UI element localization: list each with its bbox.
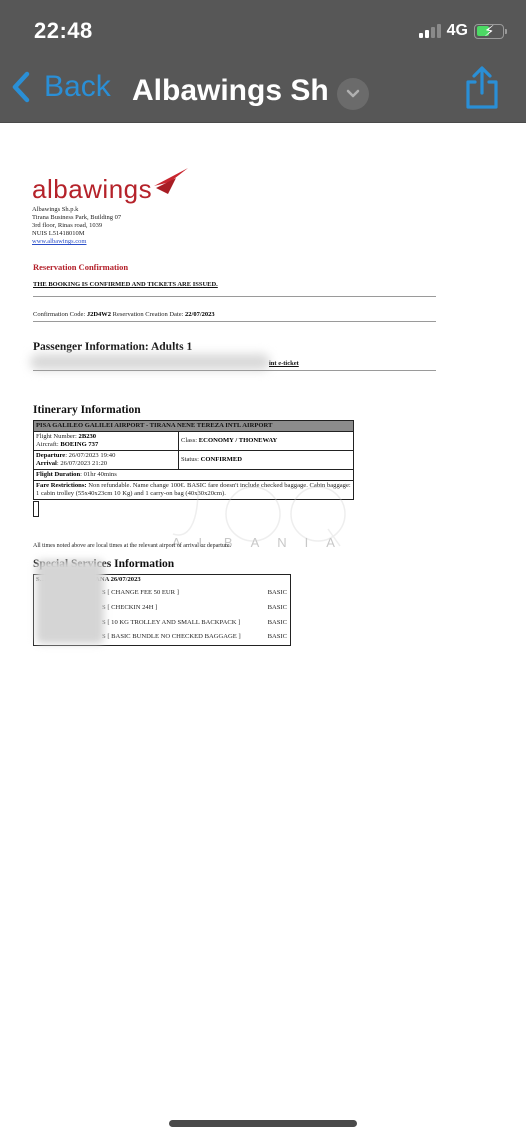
back-button[interactable]: Back xyxy=(12,70,111,104)
home-indicator[interactable] xyxy=(169,1120,357,1127)
wing-logo-icon xyxy=(152,168,188,196)
back-label: Back xyxy=(44,70,111,104)
eticket-link[interactable]: int e-ticket xyxy=(269,360,299,367)
route: PISA GALILEO GALILEI AIRPORT - TIRANA NE… xyxy=(34,421,354,432)
battery-charging-icon: ⚡ xyxy=(474,24,504,39)
flight-number: 2B230 xyxy=(79,433,97,440)
navigation-bar: Back Albawings Sh xyxy=(0,66,526,118)
network-type: 4G xyxy=(447,22,468,40)
company-address: Albawings Sh.p.k Tirana Business Park, B… xyxy=(32,206,121,246)
status-time: 22:48 xyxy=(34,18,93,44)
document-title[interactable]: Albawings Sh xyxy=(132,74,329,108)
redacted-passenger-names xyxy=(36,560,104,644)
flight-duration: : 01hr 40mins xyxy=(80,471,117,478)
confirmation-code: J2D4W2 xyxy=(87,311,111,318)
local-times-note: All times noted above are local times at… xyxy=(33,543,231,549)
itinerary-title: Itinerary Information xyxy=(33,404,141,416)
aircraft: BOEING 737 xyxy=(60,441,98,448)
website-link[interactable]: www.albawings.com xyxy=(32,238,121,246)
departure-time: : 26/07/2023 19:40 xyxy=(65,452,115,459)
itinerary-table: PISA GALILEO GALILEI AIRPORT - TIRANA NE… xyxy=(33,420,354,500)
reservation-title: Reservation Confirmation xyxy=(33,262,128,272)
cellular-signal-icon xyxy=(419,24,441,38)
flight-status: CONFIRMED xyxy=(201,456,242,463)
top-bar: 22:48 4G ⚡ Back Albawings Sh xyxy=(0,0,526,123)
confirmation-line: Confirmation Code: J2D4W2 Reservation Cr… xyxy=(33,311,215,318)
albawings-logo: albawings xyxy=(32,172,190,204)
arrival-time: : 26/07/2023 21:20 xyxy=(57,460,107,467)
title-menu-button[interactable] xyxy=(337,78,369,110)
passenger-info-title: Passenger Information: Adults 1 xyxy=(33,341,192,353)
share-icon[interactable] xyxy=(464,66,500,110)
divider xyxy=(33,321,436,322)
empty-field-box xyxy=(33,501,39,517)
booking-status: THE BOOKING IS CONFIRMED AND TICKETS ARE… xyxy=(33,281,218,288)
divider xyxy=(33,370,436,371)
redacted-passenger-name xyxy=(30,354,270,370)
divider xyxy=(33,296,436,297)
chevron-left-icon xyxy=(12,71,30,103)
creation-date: 22/07/2023 xyxy=(185,311,215,318)
chevron-down-icon xyxy=(346,89,360,99)
status-indicators: 4G ⚡ xyxy=(419,22,504,40)
fare-class: ECONOMY / THONEWAY xyxy=(199,437,278,444)
